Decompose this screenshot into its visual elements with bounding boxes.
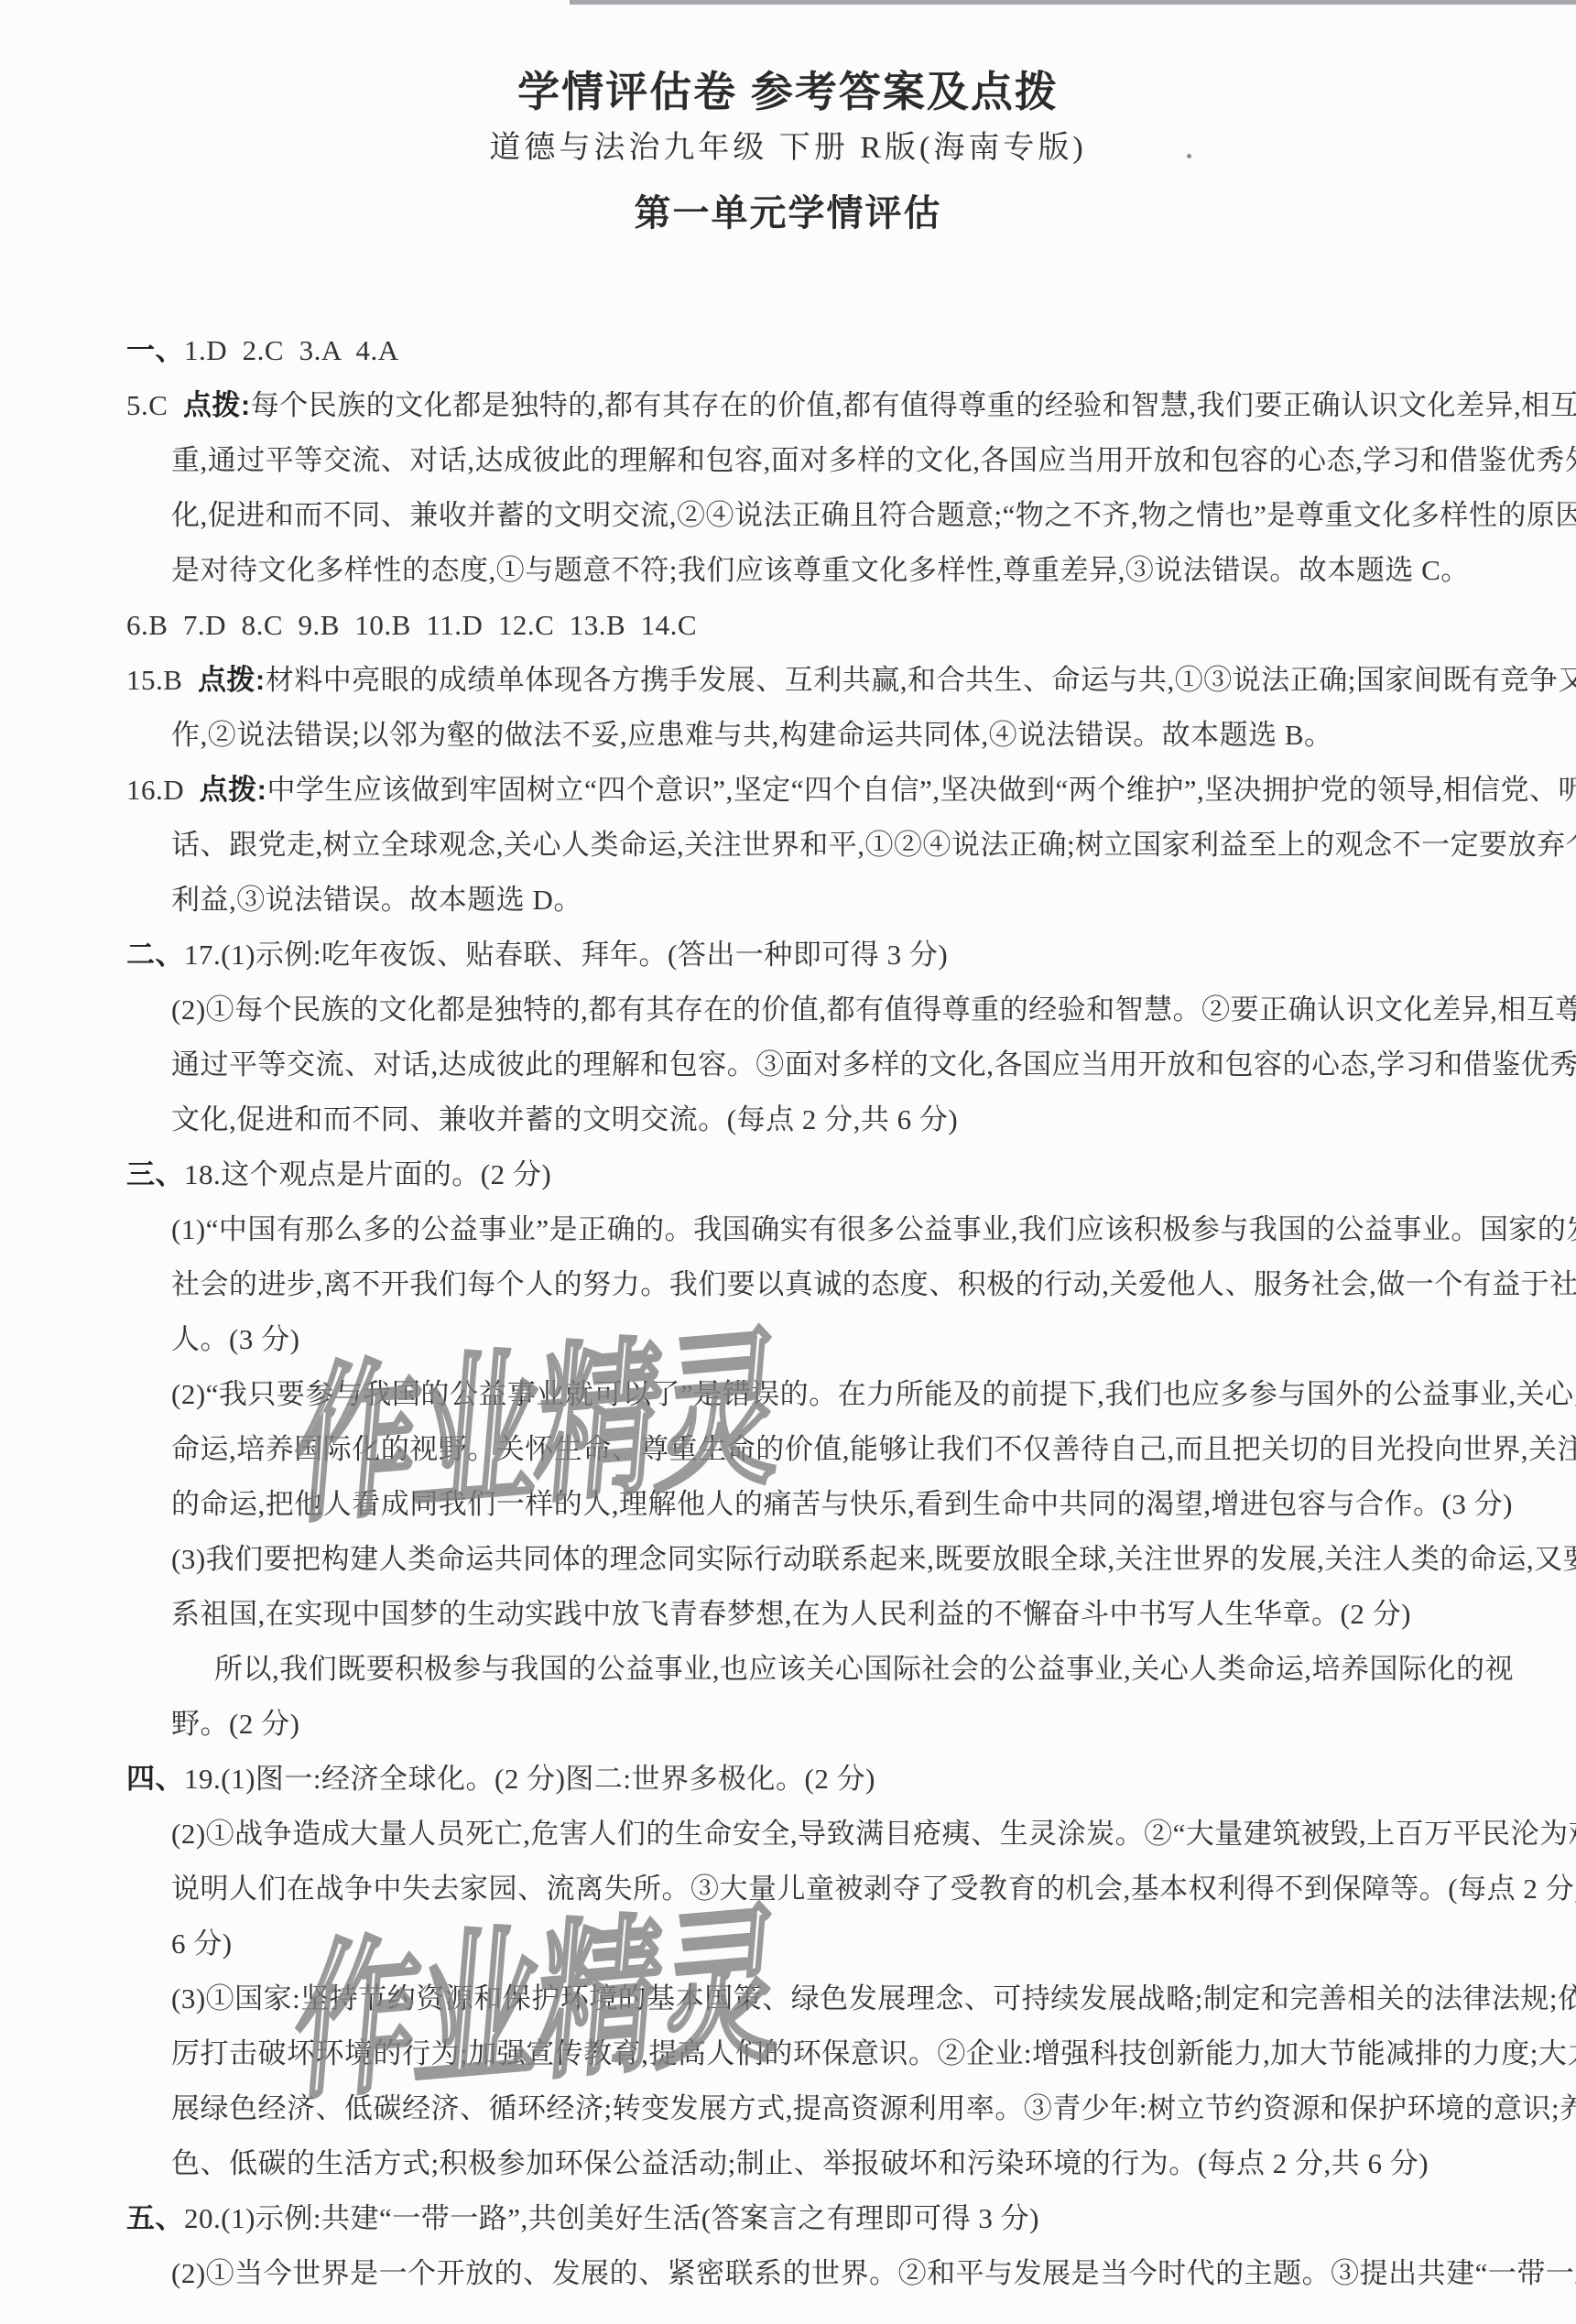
line-segment: 所以,我们既要积极参与我国的公益事业,也应该关心国际社会的公益事业,关心人类命运…: [214, 1653, 1514, 1685]
line-segment: (2)①当今世界是一个开放的、发展的、紧密联系的世界。②和平与发展是当今时代的主…: [171, 2257, 1576, 2289]
answer-line-3: 重,通过平等交流、对话,达成彼此的理解和包容,面对多样的文化,各国应当用开放和包…: [0, 433, 1576, 488]
answer-line-20: (2)“我只要参与我国的公益事业就可以了”是错误的。在力所能及的前提下,我们也应…: [0, 1367, 1576, 1422]
answer-line-13: (2)①每个民族的文化都是独特的,都有其存在的价值,都有值得尊重的经验和智慧。②…: [0, 983, 1576, 1037]
answer-line-27: 四、19.(1)图一:经济全球化。(2 分)图二:世界多极化。(2 分): [0, 1752, 1576, 1807]
line-segment: 话、跟党走,树立全球观念,关心人类命运,关注世界和平,①②④说法正确;树立国家利…: [171, 829, 1576, 861]
answer-lines: 一、1.D 2.C 3.A 4.A5.C 点拨:每个民族的文化都是独特的,都有其…: [0, 323, 1576, 2301]
line-segment: 说明人们在战争中失去家园、流离失所。③大量儿童被剥夺了受教育的机会,基本权利得不…: [171, 1873, 1576, 1905]
line-segment: 命运,培养国际化的视野。关怀生命、尊重生命的价值,能够让我们不仅善待自己,而且把…: [171, 1433, 1576, 1465]
answer-line-16: 三、18.这个观点是片面的。(2 分): [0, 1147, 1576, 1202]
line-segment: 色、低碳的生活方式;积极参加环保公益活动;制止、举报破坏和污染环境的行为。(每点…: [171, 2147, 1429, 2179]
answer-line-15: 文化,促进和而不同、兼收并蓄的文明交流。(每点 2 分,共 6 分): [0, 1092, 1576, 1147]
line-segment: 野。(2 分): [171, 1708, 299, 1740]
answer-key-page: { "page": { "title": "学情评估卷 参考答案及点拨", "s…: [0, 0, 1576, 2324]
answer-line-7: 15.B 点拨:材料中亮眼的成绩单体现各方携手发展、互利共赢,和合共生、命运与共…: [0, 653, 1576, 708]
line-segment: 15.B: [126, 664, 198, 696]
answer-line-30: 6 分): [0, 1917, 1576, 1971]
answer-line-10: 话、跟党走,树立全球观念,关心人类命运,关注世界和平,①②④说法正确;树立国家利…: [0, 818, 1576, 873]
answer-line-12: 二、17.(1)示例:吃年夜饭、贴春联、拜年。(答出一种即可得 3 分): [0, 928, 1576, 983]
answer-line-35: 五、20.(1)示例:共建“一带一路”,共创美好生活(答案言之有理即可得 3 分…: [0, 2191, 1576, 2246]
line-segment: 作,②说法错误;以邻为壑的做法不妥,应患难与共,构建命运共同体,④说法错误。故本…: [171, 719, 1333, 751]
line-segment: 5.C: [126, 389, 183, 421]
line-segment-bold: 四、: [126, 1763, 184, 1795]
line-segment: (2)①每个民族的文化都是独特的,都有其存在的价值,都有值得尊重的经验和智慧。②…: [171, 994, 1576, 1026]
line-segment: 每个民族的文化都是独特的,都有其存在的价值,都有值得尊重的经验和智慧,我们要正确…: [251, 389, 1576, 421]
line-segment: 20.(1)示例:共建“一带一路”,共创美好生活(答案言之有理即可得 3 分): [184, 2202, 1039, 2234]
page-title: 学情评估卷 参考答案及点拨: [0, 66, 1576, 117]
page-top-rule: [570, 0, 1576, 5]
line-segment: 6 分): [171, 1928, 233, 1960]
answer-line-5: 是对待文化多样性的态度,①与题意不符;我们应该尊重文化多样性,尊重差异,③说法错…: [0, 543, 1576, 598]
answer-line-29: 说明人们在战争中失去家园、流离失所。③大量儿童被剥夺了受教育的机会,基本权利得不…: [0, 1862, 1576, 1917]
line-segment-bold: 一、: [126, 334, 184, 366]
answer-line-9: 16.D 点拨:中学生应该做到牢固树立“四个意识”,坚定“四个自信”,坚决做到“…: [0, 763, 1576, 818]
line-segment: (1)“中国有那么多的公益事业”是正确的。我国确实有很多公益事业,我们应该积极参…: [171, 1213, 1576, 1245]
answer-line-22: 的命运,把他人看成同我们一样的人,理解他人的痛苦与快乐,看到生命中共同的渴望,增…: [0, 1477, 1576, 1532]
line-segment: 人。(3 分): [171, 1323, 299, 1355]
line-segment-bold: 二、: [126, 939, 184, 971]
answer-line-14: 通过平等交流、对话,达成彼此的理解和包容。③面对多样的文化,各国应当用开放和包容…: [0, 1037, 1576, 1092]
line-segment: 厉打击破坏环境的行为;加强宣传教育,提高人们的环保意识。②企业:增强科技创新能力…: [171, 2037, 1576, 2069]
line-segment: 社会的进步,离不开我们每个人的努力。我们要以真诚的态度、积极的行动,关爱他人、服…: [171, 1268, 1576, 1300]
page-subtitle: 道德与法治九年级 下册 R版(海南专版): [0, 128, 1576, 168]
section-title: 第一单元学情评估: [0, 190, 1576, 236]
line-segment-bold: 点拨:: [200, 774, 267, 806]
line-segment: 6.B 7.D 8.C 9.B 10.B 11.D 12.C 13.B 14.C: [126, 609, 697, 641]
line-segment: 18.这个观点是片面的。(2 分): [184, 1158, 551, 1190]
line-segment-bold: 点拨:: [198, 664, 266, 696]
answer-line-31: (3)①国家:坚持节约资源和保护环境的基本国策、绿色发展理念、可持续发展战略;制…: [0, 1971, 1576, 2026]
line-segment: (2)“我只要参与我国的公益事业就可以了”是错误的。在力所能及的前提下,我们也应…: [171, 1378, 1576, 1410]
answer-line-33: 展绿色经济、低碳经济、循环经济;转变发展方式,提高资源利用率。③青少年:树立节约…: [0, 2081, 1576, 2136]
line-segment: 17.(1)示例:吃年夜饭、贴春联、拜年。(答出一种即可得 3 分): [184, 939, 948, 971]
answer-line-8: 作,②说法错误;以邻为壑的做法不妥,应患难与共,构建命运共同体,④说法错误。故本…: [0, 708, 1576, 763]
line-segment: 的命运,把他人看成同我们一样的人,理解他人的痛苦与快乐,看到生命中共同的渴望,增…: [171, 1488, 1513, 1520]
line-segment: 系祖国,在实现中国梦的生动实践中放飞青春梦想,在为人民利益的不懈奋斗中书写人生华…: [171, 1598, 1411, 1630]
line-segment-bold: 点拨:: [183, 389, 251, 421]
answer-line-4: 化,促进和而不同、兼收并蓄的文明交流,②④说法正确且符合题意;“物之不齐,物之情…: [0, 488, 1576, 543]
print-artifact-dot: [1187, 154, 1191, 158]
answer-line-11: 利益,③说法错误。故本题选 D。: [0, 873, 1576, 928]
line-segment: 19.(1)图一:经济全球化。(2 分)图二:世界多极化。(2 分): [184, 1763, 875, 1795]
answer-line-2: 5.C 点拨:每个民族的文化都是独特的,都有其存在的价值,都有值得尊重的经验和智…: [0, 378, 1576, 433]
answer-line-36: (2)①当今世界是一个开放的、发展的、紧密联系的世界。②和平与发展是当今时代的主…: [0, 2246, 1576, 2301]
answer-line-19: 人。(3 分): [0, 1312, 1576, 1367]
answer-line-21: 命运,培养国际化的视野。关怀生命、尊重生命的价值,能够让我们不仅善待自己,而且把…: [0, 1422, 1576, 1477]
answer-line-26: 野。(2 分): [0, 1697, 1576, 1752]
answer-line-23: (3)我们要把构建人类命运共同体的理念同实际行动联系起来,既要放眼全球,关注世界…: [0, 1532, 1576, 1587]
line-segment: 16.D: [126, 774, 200, 806]
line-segment: 重,通过平等交流、对话,达成彼此的理解和包容,面对多样的文化,各国应当用开放和包…: [171, 444, 1576, 476]
answer-line-1: 一、1.D 2.C 3.A 4.A: [0, 323, 1576, 378]
line-segment-bold: 五、: [126, 2202, 184, 2234]
answer-line-28: (2)①战争造成大量人员死亡,危害人们的生命安全,导致满目疮痍、生灵涂炭。②“大…: [0, 1807, 1576, 1862]
line-segment: (2)①战争造成大量人员死亡,危害人们的生命安全,导致满目疮痍、生灵涂炭。②“大…: [171, 1818, 1576, 1850]
answer-line-18: 社会的进步,离不开我们每个人的努力。我们要以真诚的态度、积极的行动,关爱他人、服…: [0, 1257, 1576, 1312]
answer-line-25: 所以,我们既要积极参与我国的公益事业,也应该关心国际社会的公益事业,关心人类命运…: [0, 1642, 1576, 1697]
line-segment-bold: 三、: [126, 1158, 184, 1190]
answer-line-6: 6.B 7.D 8.C 9.B 10.B 11.D 12.C 13.B 14.C: [0, 598, 1576, 653]
line-segment: 利益,③说法错误。故本题选 D。: [171, 884, 582, 916]
answer-line-32: 厉打击破坏环境的行为;加强宣传教育,提高人们的环保意识。②企业:增强科技创新能力…: [0, 2026, 1576, 2081]
line-segment: 材料中亮眼的成绩单体现各方携手发展、互利共赢,和合共生、命运与共,①③说法正确;…: [266, 664, 1576, 696]
line-segment: (3)我们要把构建人类命运共同体的理念同实际行动联系起来,既要放眼全球,关注世界…: [171, 1543, 1576, 1575]
line-segment: 文化,促进和而不同、兼收并蓄的文明交流。(每点 2 分,共 6 分): [171, 1103, 958, 1135]
line-segment: 化,促进和而不同、兼收并蓄的文明交流,②④说法正确且符合题意;“物之不齐,物之情…: [171, 499, 1576, 531]
answer-line-34: 色、低碳的生活方式;积极参加环保公益活动;制止、举报破坏和污染环境的行为。(每点…: [0, 2136, 1576, 2191]
line-segment: 中学生应该做到牢固树立“四个意识”,坚定“四个自信”,坚决做到“两个维护”,坚决…: [266, 774, 1576, 806]
answer-line-24: 系祖国,在实现中国梦的生动实践中放飞青春梦想,在为人民利益的不懈奋斗中书写人生华…: [0, 1587, 1576, 1642]
answer-line-17: (1)“中国有那么多的公益事业”是正确的。我国确实有很多公益事业,我们应该积极参…: [0, 1202, 1576, 1257]
line-segment: 1.D 2.C 3.A 4.A: [184, 334, 399, 366]
line-segment: 通过平等交流、对话,达成彼此的理解和包容。③面对多样的文化,各国应当用开放和包容…: [171, 1048, 1576, 1081]
line-segment: 是对待文化多样性的态度,①与题意不符;我们应该尊重文化多样性,尊重差异,③说法错…: [171, 554, 1470, 586]
line-segment: (3)①国家:坚持节约资源和保护环境的基本国策、绿色发展理念、可持续发展战略;制…: [171, 1982, 1576, 2014]
line-segment: 展绿色经济、低碳经济、循环经济;转变发展方式,提高资源利用率。③青少年:树立节约…: [171, 2092, 1576, 2124]
